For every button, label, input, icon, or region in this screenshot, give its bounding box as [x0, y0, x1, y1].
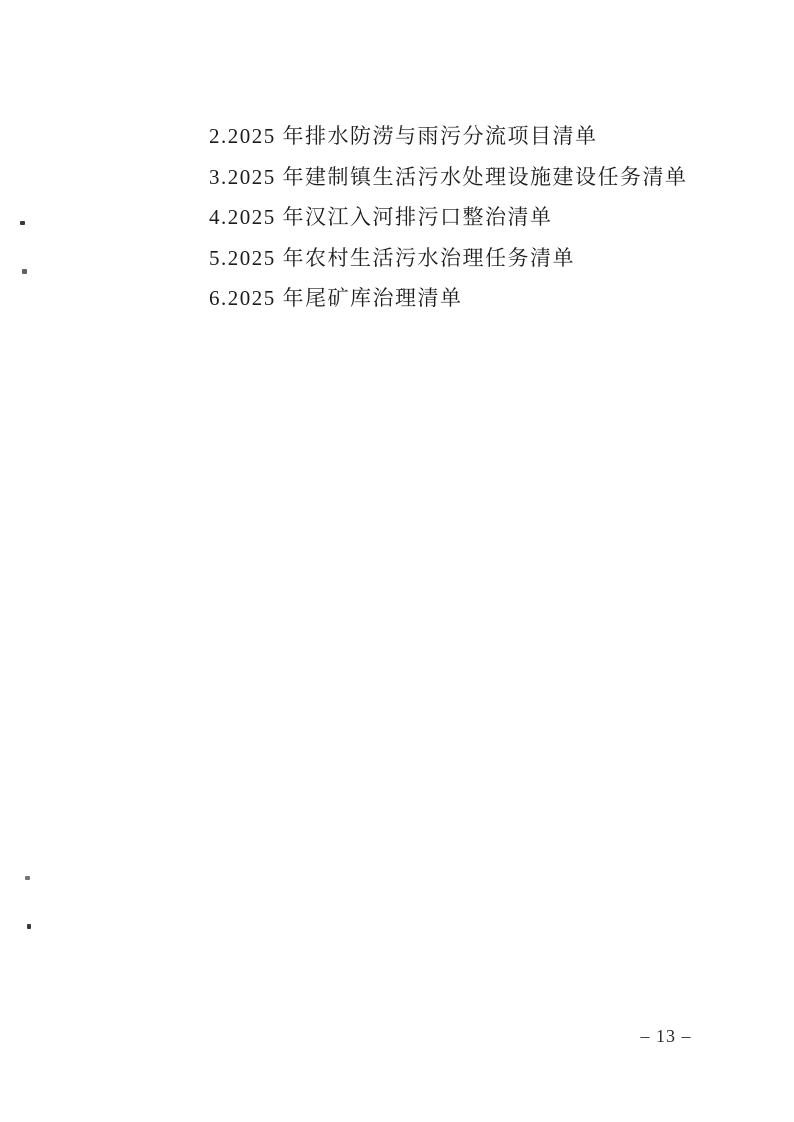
list-item: 6.2025 年尾矿库治理清单 — [209, 288, 688, 309]
scan-artifact-dot — [27, 924, 31, 929]
attachment-list: 2.2025 年排水防涝与雨污分流项目清单 3.2025 年建制镇生活污水处理设… — [209, 126, 688, 329]
document-page: 2.2025 年排水防涝与雨污分流项目清单 3.2025 年建制镇生活污水处理设… — [0, 0, 794, 1122]
list-item: 2.2025 年排水防涝与雨污分流项目清单 — [209, 126, 688, 147]
scan-artifact-dot — [20, 221, 25, 225]
scan-artifact-dot — [22, 269, 27, 274]
list-item: 3.2025 年建制镇生活污水处理设施建设任务清单 — [209, 167, 688, 188]
list-item: 5.2025 年农村生活污水治理任务清单 — [209, 248, 688, 269]
page-number: – 13 – — [636, 1026, 696, 1047]
list-item: 4.2025 年汉江入河排污口整治清单 — [209, 207, 688, 228]
scan-artifact-dot — [25, 876, 30, 880]
